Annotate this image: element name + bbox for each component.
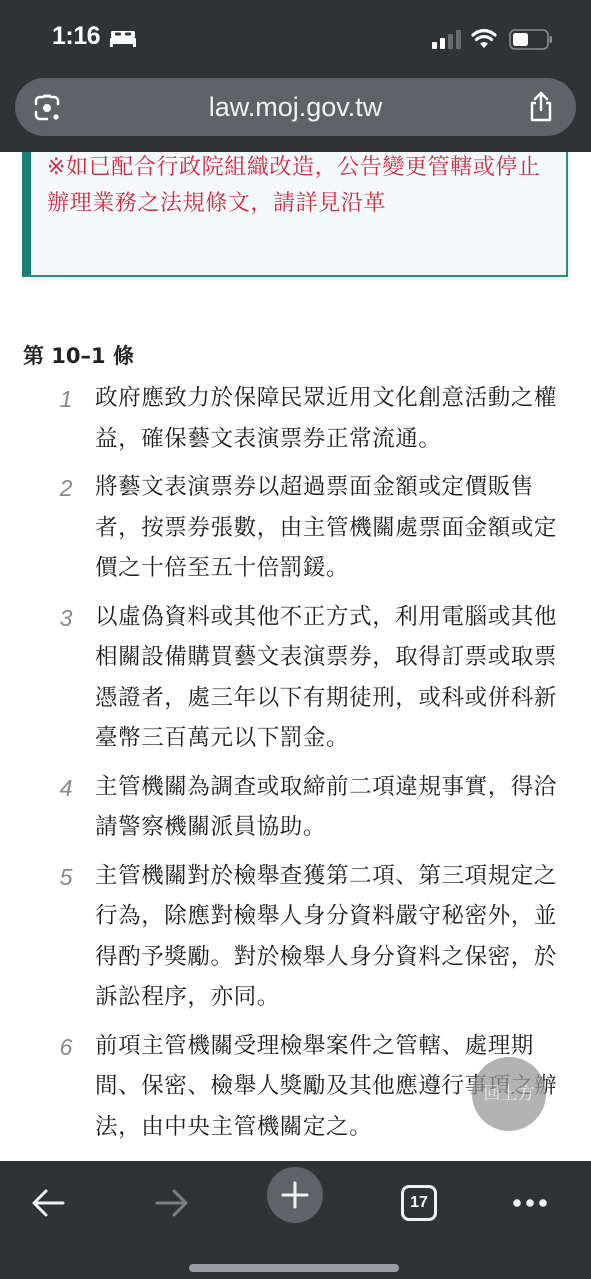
more-horizontal-icon bbox=[512, 1198, 548, 1208]
tab-switcher-button[interactable]: 17 bbox=[396, 1173, 442, 1233]
paragraph-number: 3 bbox=[56, 597, 76, 639]
page-content: ※如已配合行政院組織改造，公告變更管轄或停止辦理業務之法規條文，請詳見沿革 第 … bbox=[0, 152, 591, 1162]
paragraph-text: 主管機關為調查或取締前二項違規事實，得洽請警察機關派員協助。 bbox=[95, 767, 561, 848]
arrow-right-icon bbox=[155, 1188, 189, 1218]
plus-icon bbox=[281, 1181, 309, 1209]
paragraph-text: 政府應致力於保障民眾近用文化創意活動之權益，確保藝文表演票券正常流通。 bbox=[95, 378, 561, 459]
paragraph-text: 以虛偽資料或其他不正方式，利用電腦或其他相關設備購買藝文表演票券，取得訂票或取票… bbox=[95, 597, 561, 759]
paragraph-text: 將藝文表演票券以超過票面金額或定價販售者，按票券張數，由主管機關處票面金額或定價… bbox=[95, 467, 561, 589]
menu-button[interactable] bbox=[505, 1173, 555, 1233]
address-bar[interactable]: law.moj.gov.tw bbox=[15, 78, 576, 136]
notice-box: ※如已配合行政院組織改造，公告變更管轄或停止辦理業務之法規條文，請詳見沿革 bbox=[22, 152, 568, 277]
back-button[interactable] bbox=[20, 1173, 76, 1233]
notice-text: ※如已配合行政院組織改造，公告變更管轄或停止辦理業務之法規條文，請詳見沿革 bbox=[47, 152, 557, 222]
paragraph-number: 2 bbox=[56, 467, 76, 509]
back-to-top-button[interactable]: 回上方 bbox=[472, 1057, 546, 1131]
share-icon[interactable] bbox=[528, 91, 554, 123]
tab-count: 17 bbox=[401, 1185, 437, 1221]
paragraph-text: 主管機關對於檢舉查獲第二項、第三項規定之行為，除應對檢舉人身分資料嚴守秘密外，並… bbox=[95, 856, 561, 1018]
wifi-icon bbox=[471, 28, 497, 49]
home-indicator[interactable] bbox=[189, 1264, 399, 1272]
browser-top-chrome: 1:16 bbox=[0, 0, 591, 152]
status-time: 1:16 bbox=[52, 22, 100, 51]
battery-icon bbox=[509, 29, 553, 50]
paragraph-item: 3 以虛偽資料或其他不正方式，利用電腦或其他相關設備購買藝文表演票券，取得訂票或… bbox=[0, 597, 591, 759]
paragraph-item: 2 將藝文表演票券以超過票面金額或定價販售者，按票券張數，由主管機關處票面金額或… bbox=[0, 467, 591, 589]
paragraph-number: 4 bbox=[56, 767, 76, 809]
article-paragraphs: 1 政府應致力於保障民眾近用文化創意活動之權益，確保藝文表演票券正常流通。 2 … bbox=[0, 378, 591, 1155]
article-title: 第 10–1 條 bbox=[23, 342, 134, 370]
cellular-signal-icon bbox=[432, 30, 462, 49]
status-bar: 1:16 bbox=[0, 0, 591, 76]
browser-bottom-toolbar: 17 bbox=[0, 1161, 591, 1279]
url-text[interactable]: law.moj.gov.tw bbox=[15, 92, 576, 123]
paragraph-item: 4 主管機關為調查或取締前二項違規事實，得洽請警察機關派員協助。 bbox=[0, 767, 591, 848]
paragraph-number: 6 bbox=[56, 1026, 76, 1068]
new-tab-button[interactable] bbox=[267, 1167, 323, 1223]
paragraph-number: 5 bbox=[56, 856, 76, 898]
forward-button[interactable] bbox=[144, 1173, 200, 1233]
paragraph-item: 1 政府應致力於保障民眾近用文化創意活動之權益，確保藝文表演票券正常流通。 bbox=[0, 378, 591, 459]
paragraph-number: 1 bbox=[56, 378, 76, 420]
bed-icon bbox=[110, 29, 136, 47]
paragraph-item: 5 主管機關對於檢舉查獲第二項、第三項規定之行為，除應對檢舉人身分資料嚴守秘密外… bbox=[0, 856, 591, 1018]
arrow-left-icon bbox=[31, 1188, 65, 1218]
